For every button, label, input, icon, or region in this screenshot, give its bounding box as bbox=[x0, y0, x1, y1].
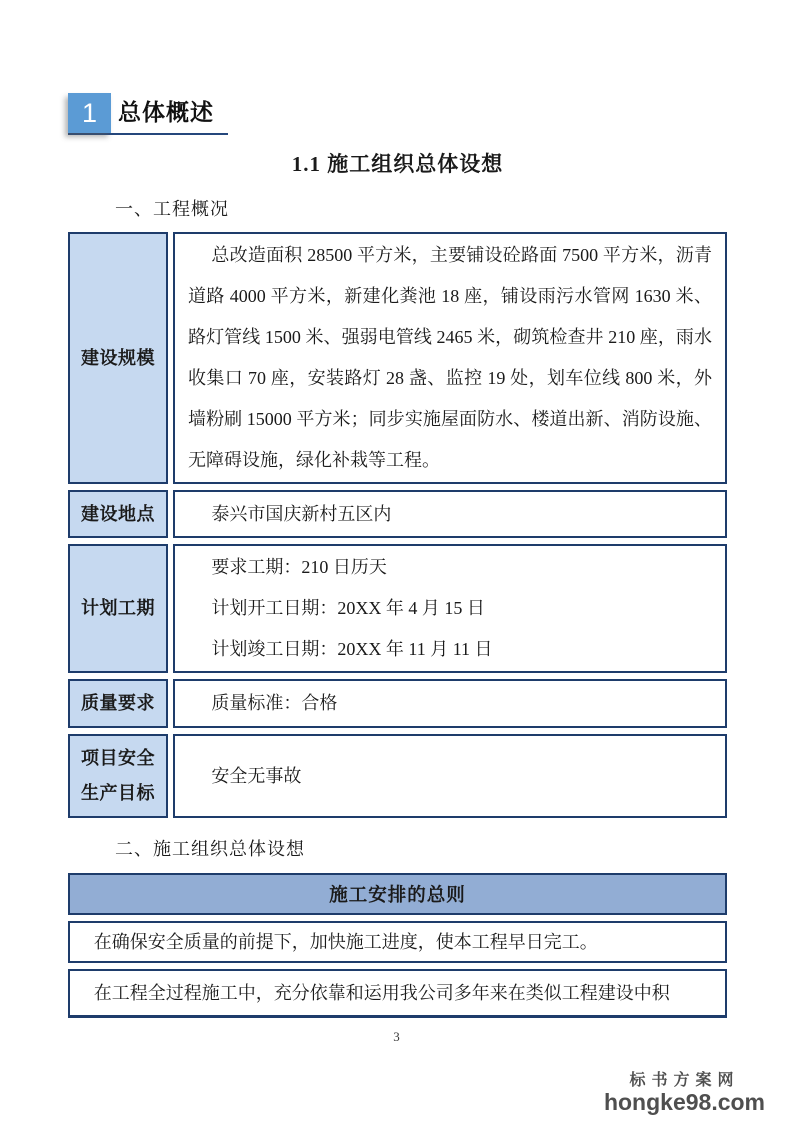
cell-paragraph: 计划开工日期：20XX 年 4 月 15 日 bbox=[188, 588, 712, 629]
chapter-heading: 1 总体概述 bbox=[68, 93, 727, 135]
subsection-label-two: 二、施工组织总体设想 bbox=[115, 835, 727, 861]
watermark-site-name: 标书方案网 bbox=[604, 1072, 765, 1090]
row-label: 生产目标 bbox=[81, 776, 155, 811]
row-label-cell: 建设地点 bbox=[68, 490, 168, 538]
table-row: 建设地点 泰兴市国庆新村五区内 bbox=[68, 490, 727, 538]
table-row: 计划工期 要求工期：210 日历天 计划开工日期：20XX 年 4 月 15 日… bbox=[68, 544, 727, 673]
cell-paragraph: 在工程全过程施工中，充分依靠和运用我公司多年来在类似工程建设中积 bbox=[83, 974, 670, 1012]
row-content-cell: 安全无事故 bbox=[173, 734, 727, 818]
row-label: 计划工期 bbox=[81, 591, 155, 626]
cell-paragraph: 总改造面积 28500 平方米，主要铺设砼路面 7500 平方米，沥青道路 40… bbox=[188, 235, 712, 481]
cell-paragraph: 要求工期：210 日历天 bbox=[188, 547, 712, 588]
row-content-cell: 质量标准：合格 bbox=[173, 679, 727, 728]
principles-table-header: 施工安排的总则 bbox=[68, 873, 727, 915]
chapter-number-badge: 1 bbox=[68, 93, 111, 133]
row-label: 质量要求 bbox=[81, 686, 155, 721]
watermark: 标书方案网 hongke98.com bbox=[604, 1072, 765, 1114]
cell-paragraph: 在确保安全质量的前提下，加快施工进度，使本工程早日完工。 bbox=[83, 923, 598, 961]
row-label-cell: 项目安全 生产目标 bbox=[68, 734, 168, 818]
row-content-cell: 要求工期：210 日历天 计划开工日期：20XX 年 4 月 15 日 计划竣工… bbox=[173, 544, 727, 673]
table-row: 在确保安全质量的前提下，加快施工进度，使本工程早日完工。 bbox=[68, 921, 727, 963]
chapter-underline bbox=[68, 133, 228, 135]
project-overview-table: 建设规模 总改造面积 28500 平方米，主要铺设砼路面 7500 平方米，沥青… bbox=[68, 232, 727, 818]
construction-principles-table: 施工安排的总则 在确保安全质量的前提下，加快施工进度，使本工程早日完工。 在工程… bbox=[68, 873, 727, 1018]
subsection-label-one: 一、工程概况 bbox=[115, 195, 727, 221]
row-label: 项目安全 bbox=[81, 741, 155, 776]
table-row: 在工程全过程施工中，充分依靠和运用我公司多年来在类似工程建设中积 bbox=[68, 969, 727, 1018]
document-page: 1 总体概述 1.1 施工组织总体设想 一、工程概况 建设规模 总改造面积 28… bbox=[0, 0, 793, 1122]
cell-paragraph: 泰兴市国庆新村五区内 bbox=[188, 494, 712, 535]
page-content: 1 总体概述 1.1 施工组织总体设想 一、工程概况 建设规模 总改造面积 28… bbox=[68, 93, 727, 1018]
cell-paragraph: 计划竣工日期：20XX 年 11 月 11 日 bbox=[188, 629, 712, 670]
table-row: 建设规模 总改造面积 28500 平方米，主要铺设砼路面 7500 平方米，沥青… bbox=[68, 232, 727, 484]
row-label: 建设规模 bbox=[81, 341, 155, 376]
row-content-cell: 总改造面积 28500 平方米，主要铺设砼路面 7500 平方米，沥青道路 40… bbox=[173, 232, 727, 484]
cell-paragraph: 质量标准：合格 bbox=[188, 683, 712, 724]
watermark-site-url: hongke98.com bbox=[604, 1090, 765, 1114]
row-label-cell: 计划工期 bbox=[68, 544, 168, 673]
cell-paragraph: 安全无事故 bbox=[188, 756, 712, 797]
row-label: 建设地点 bbox=[81, 497, 155, 532]
row-label-cell: 建设规模 bbox=[68, 232, 168, 484]
table-row: 项目安全 生产目标 安全无事故 bbox=[68, 734, 727, 818]
row-content-cell: 泰兴市国庆新村五区内 bbox=[173, 490, 727, 538]
page-number: 3 bbox=[0, 1029, 793, 1045]
chapter-title: 总体概述 bbox=[118, 94, 214, 133]
table-row: 质量要求 质量标准：合格 bbox=[68, 679, 727, 728]
row-label-cell: 质量要求 bbox=[68, 679, 168, 728]
section-title: 1.1 施工组织总体设想 bbox=[68, 148, 727, 178]
